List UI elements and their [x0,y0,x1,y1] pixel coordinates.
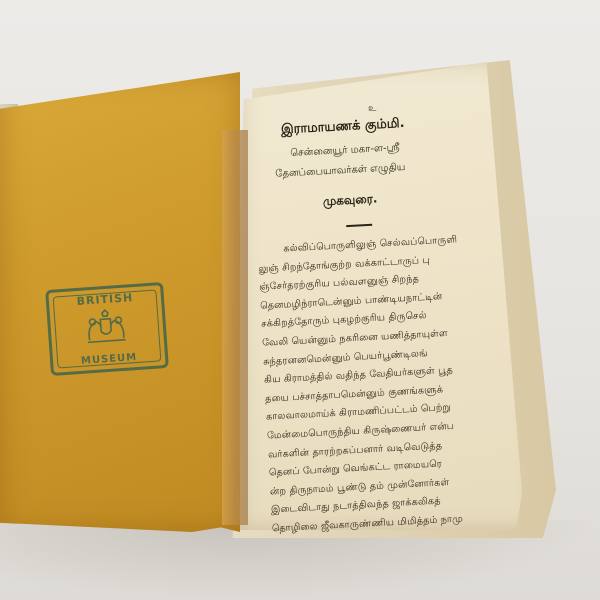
body-text: கல்விப்பொருளிலுஞ் செல்வப்பொருளி லுஞ் சிற… [257,228,532,539]
book-photo: BRITISH MUSEUM உ இராமாயணக் கும்மி. சென்ன… [0,0,600,600]
author-line-1: சென்னையூர் மகா-ள-ஸ்ரீ [290,142,400,160]
book-title: இராமாயணக் கும்மி. [281,116,405,138]
page-number: உ [368,103,377,114]
author-line-2: தேனப்பையாவர்கள் எழுதிய [275,162,406,181]
british-museum-stamp: BRITISH MUSEUM [45,282,169,376]
royal-coat-of-arms-icon [80,307,132,346]
divider-rule [346,224,372,227]
torn-endpaper-edge [222,130,248,525]
page-text: உ இராமாயணக் கும்மி. சென்னையூர் மகா-ள-ஸ்ர… [250,96,531,509]
section-heading: முகவுரை. [323,191,378,210]
